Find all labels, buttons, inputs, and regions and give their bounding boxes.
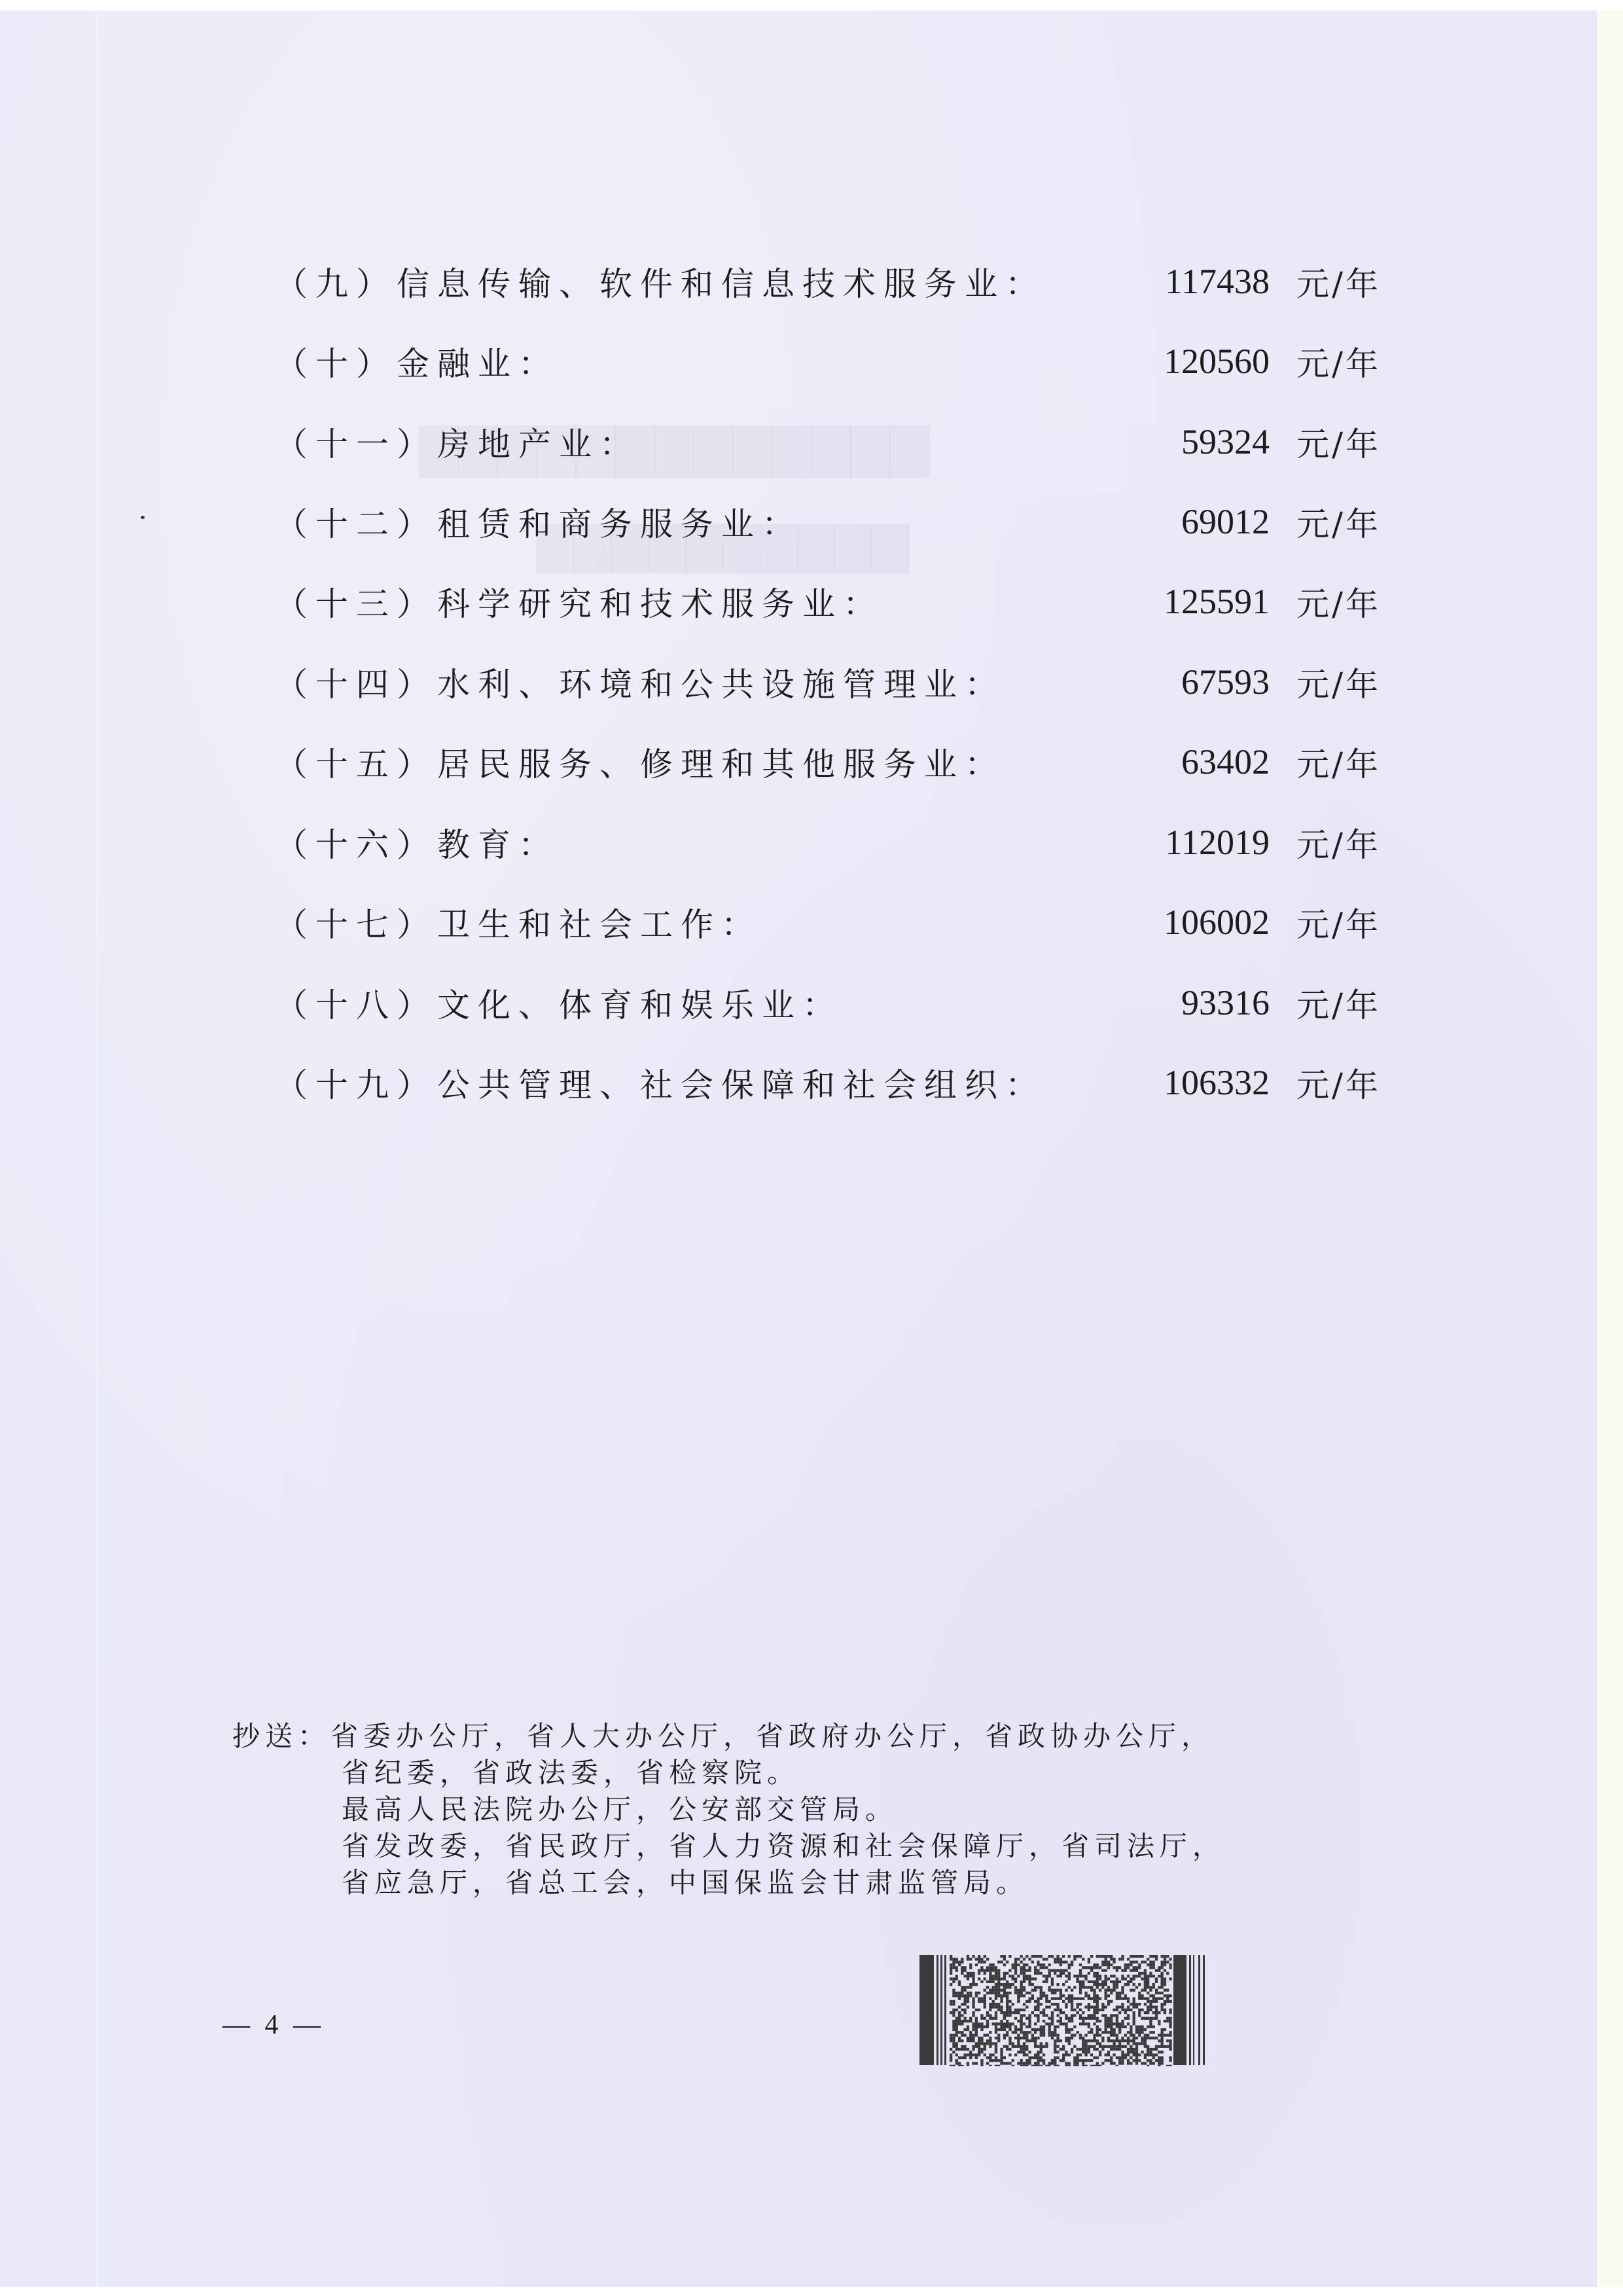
item-index: （十六） [275, 826, 437, 864]
wage-row: （十一）房地产业：59324元/年 [275, 419, 1381, 465]
item-index: （十八） [275, 986, 437, 1024]
scan-artifact-line [96, 10, 98, 2287]
wage-unit: 元/年 [1270, 498, 1381, 545]
industry-label: （九）信息传输、软件和信息技术服务业： [275, 258, 1060, 305]
scan-speck [141, 516, 145, 519]
cc-prefix: 抄送： [232, 1720, 330, 1752]
wage-row: （十三）科学研究和技术服务业：125591元/年 [275, 579, 1381, 624]
wage-value: 106002 [1060, 902, 1270, 942]
wage-value: 63402 [1060, 742, 1270, 782]
item-index: （九） [275, 265, 397, 303]
cc-line-2: 省纪委，省政法委，省检察院。 [232, 1755, 1384, 1791]
industry-name: 科学研究和技术服务业： [437, 585, 883, 623]
industry-label: （十九）公共管理、社会保障和社会组织： [275, 1059, 1060, 1106]
industry-name: 水利、环境和公共设施管理业： [437, 666, 1005, 704]
cc-line-1: 抄送：省委办公厅，省人大办公厅，省政府办公厅，省政协办公厅， [232, 1718, 1384, 1755]
industry-name: 居民服务、修理和其他服务业： [437, 745, 1005, 783]
industry-name: 金融业： [397, 345, 559, 383]
wage-row: （十二）租赁和商务服务业：69012元/年 [275, 499, 1381, 545]
wage-unit: 元/年 [1270, 258, 1381, 305]
wage-value: 93316 [1060, 982, 1270, 1023]
industry-name: 信息传输、软件和信息技术服务业： [397, 265, 1046, 303]
wage-unit: 元/年 [1270, 418, 1381, 465]
item-index: （十） [275, 345, 397, 383]
wage-value: 69012 [1060, 501, 1270, 542]
wage-unit: 元/年 [1270, 899, 1381, 946]
wage-value: 125591 [1060, 581, 1270, 622]
industry-name: 房地产业： [437, 425, 640, 463]
wage-value: 112019 [1060, 822, 1270, 863]
wage-row: （十）金融业：120560元/年 [275, 338, 1381, 384]
item-index: （十五） [275, 745, 437, 783]
wage-value: 120560 [1060, 341, 1270, 382]
wage-unit: 元/年 [1270, 578, 1381, 625]
wage-row: （十九）公共管理、社会保障和社会组织：106332元/年 [275, 1060, 1381, 1105]
scan-edge [1597, 10, 1623, 2287]
wage-row: （十四）水利、环境和公共设施管理业：67593元/年 [275, 659, 1381, 705]
industry-name: 租赁和商务服务业： [437, 505, 802, 543]
industry-label: （十五）居民服务、修理和其他服务业： [275, 738, 1060, 785]
wage-value: 67593 [1060, 662, 1270, 702]
wage-value: 106332 [1060, 1062, 1270, 1103]
item-index: （十四） [275, 666, 437, 704]
wage-unit: 元/年 [1270, 738, 1381, 785]
wage-unit: 元/年 [1270, 658, 1381, 706]
wage-row: （十五）居民服务、修理和其他服务业：63402元/年 [275, 739, 1381, 785]
wage-row: （十六）教育：112019元/年 [275, 819, 1381, 865]
industry-name: 公共管理、社会保障和社会组织： [437, 1066, 1046, 1104]
industry-label: （十一）房地产业： [275, 418, 1060, 465]
item-index: （十一） [275, 425, 437, 463]
wage-unit: 元/年 [1270, 1059, 1381, 1106]
industry-label: （十六）教育： [275, 819, 1060, 866]
wage-value: 59324 [1060, 422, 1270, 462]
item-index: （十七） [275, 906, 437, 944]
wage-unit: 元/年 [1270, 338, 1381, 385]
industry-name: 文化、体育和娱乐业： [437, 986, 843, 1024]
wage-unit: 元/年 [1270, 979, 1381, 1026]
wage-row: （十八）文化、体育和娱乐业：93316元/年 [275, 980, 1381, 1026]
wage-row: （十七）卫生和社会工作：106002元/年 [275, 899, 1381, 945]
industry-label: （十八）文化、体育和娱乐业： [275, 979, 1060, 1026]
wage-unit: 元/年 [1270, 819, 1381, 866]
industry-label: （十三）科学研究和技术服务业： [275, 578, 1060, 625]
page-number: — 4 — [223, 2009, 325, 2041]
item-index: （十九） [275, 1066, 437, 1104]
industry-label: （十二）租赁和商务服务业： [275, 498, 1060, 545]
industry-name: 教育： [437, 826, 559, 864]
wage-row: （九）信息传输、软件和信息技术服务业：117438元/年 [275, 259, 1381, 304]
item-index: （十二） [275, 505, 437, 543]
industry-label: （十七）卫生和社会工作： [275, 899, 1060, 946]
industry-label: （十四）水利、环境和公共设施管理业： [275, 658, 1060, 706]
industry-label: （十）金融业： [275, 338, 1060, 385]
cc-line-5: 省应急厅，省总工会，中国保监会甘肃监管局。 [232, 1865, 1384, 1901]
industry-name: 卫生和社会工作： [437, 906, 762, 944]
pdf417-barcode-icon [919, 1954, 1207, 2066]
wage-value: 117438 [1060, 261, 1270, 302]
cc-line-4: 省发改委，省民政厅，省人力资源和社会保障厅，省司法厅， [232, 1828, 1384, 1865]
cc-line-3: 最高人民法院办公厅，公安部交管局。 [232, 1791, 1384, 1828]
item-index: （十三） [275, 585, 437, 623]
cc-block: 抄送：省委办公厅，省人大办公厅，省政府办公厅，省政协办公厅， 省纪委，省政法委，… [232, 1718, 1384, 1901]
